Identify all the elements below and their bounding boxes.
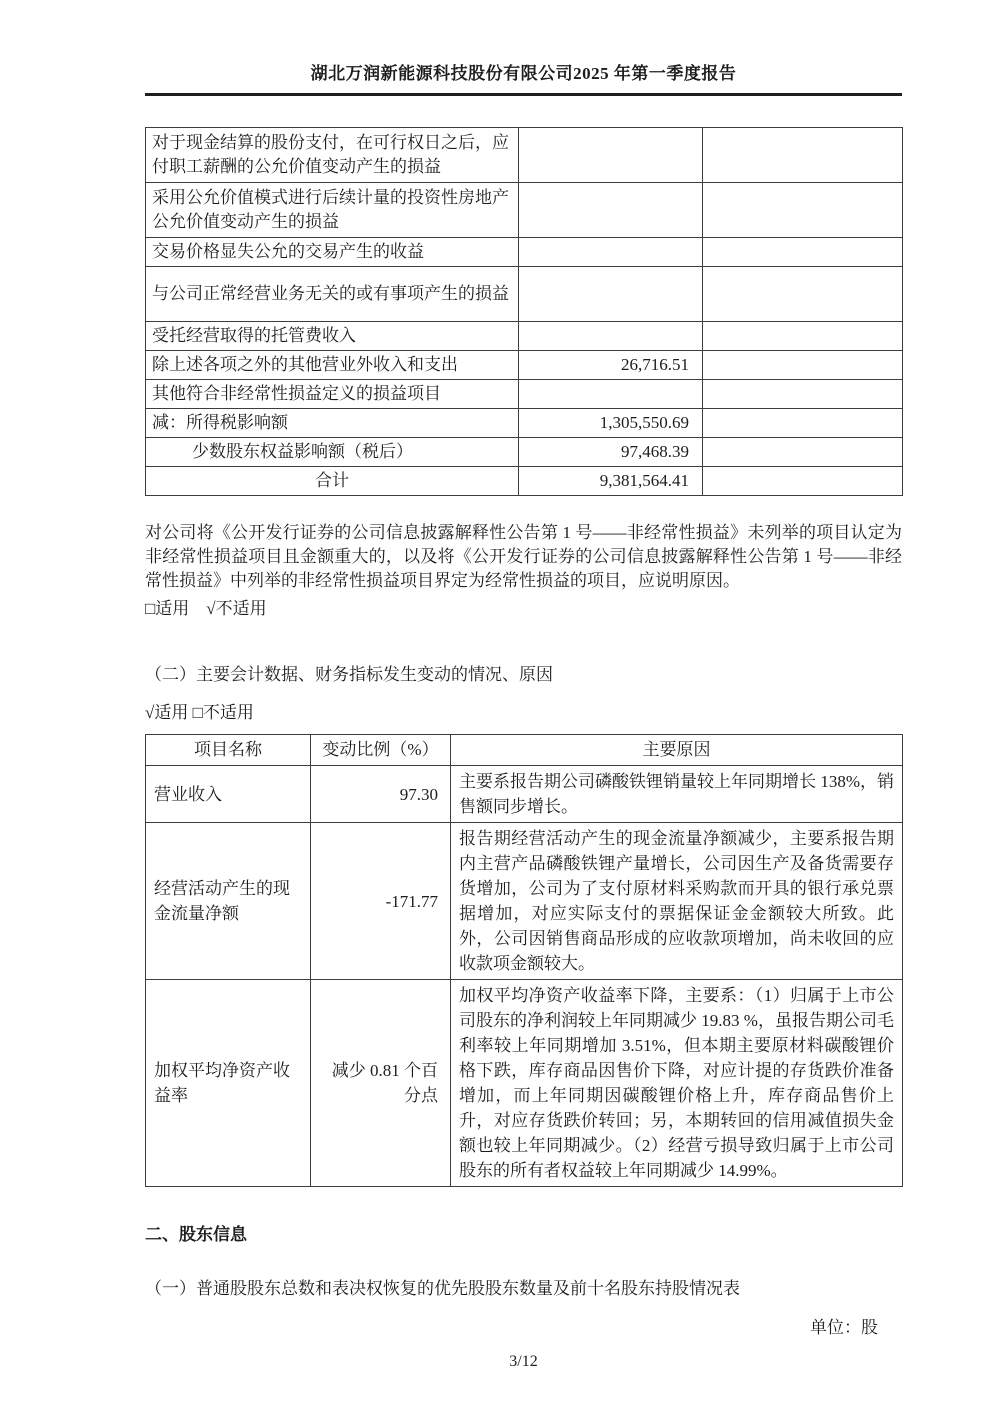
change-item: 加权平均净资产收益率 (146, 980, 311, 1187)
item-value (519, 267, 703, 322)
item-value (519, 128, 703, 183)
item-value (519, 322, 703, 351)
item-note (703, 351, 903, 380)
change-reason: 报告期经营活动产生的现金流量净额减少，主要系报告期内主营产品磷酸铁锂产量增长，公… (451, 823, 903, 980)
item-note (703, 322, 903, 351)
table-row: 经营活动产生的现金流量净额 -171.77 报告期经营活动产生的现金流量净额减少… (146, 823, 903, 980)
item-label: 与公司正常经营业务无关的或有事项产生的损益 (146, 267, 519, 322)
total-value: 9,381,564.41 (519, 467, 703, 496)
item-label: 受托经营取得的托管费收入 (146, 322, 519, 351)
applicability-line-2: √适用 □不适用 (145, 700, 902, 726)
column-header-change: 变动比例（%） (311, 735, 451, 766)
change-percent: 减少 0.81 个百分点 (311, 980, 451, 1187)
item-note (703, 267, 903, 322)
item-value: 97,468.39 (519, 438, 703, 467)
item-value (519, 380, 703, 409)
table-row: 营业收入 97.30 主要系报告期公司磷酸铁锂销量较上年同期增长 138%，销售… (146, 766, 903, 823)
item-label: 对于现金结算的股份支付，在可行权日之后，应付职工薪酬的公允价值变动产生的损益 (146, 128, 519, 183)
item-value: 1,305,550.69 (519, 409, 703, 438)
item-label: 交易价格显失公允的交易产生的收益 (146, 238, 519, 267)
item-note (703, 438, 903, 467)
column-header-reason: 主要原因 (451, 735, 903, 766)
table-row: 其他符合非经常性损益定义的损益项目 (146, 380, 903, 409)
change-reason: 加权平均净资产收益率下降，主要系：（1）归属于上市公司股东的净利润较上年同期减少… (451, 980, 903, 1187)
total-label: 合计 (146, 467, 519, 496)
item-label: 少数股东权益影响额（税后） (146, 438, 519, 467)
changes-table: 项目名称 变动比例（%） 主要原因 营业收入 97.30 主要系报告期公司磷酸铁… (145, 734, 903, 1187)
non-recurring-explanation-paragraph: 对公司将《公开发行证券的公司信息披露解释性公告第 1 号——非经常性损益》未列举… (145, 521, 902, 593)
non-recurring-items-table: 对于现金结算的股份支付，在可行权日之后，应付职工薪酬的公允价值变动产生的损益 采… (145, 127, 903, 496)
shareholders-section-heading: 二、股东信息 (145, 1223, 902, 1247)
change-reason: 主要系报告期公司磷酸铁锂销量较上年同期增长 138%，销售额同步增长。 (451, 766, 903, 823)
item-note (703, 238, 903, 267)
applicability-line-1: □适用 √不适用 (145, 596, 902, 622)
table-row: 除上述各项之外的其他营业外收入和支出 26,716.51 (146, 351, 903, 380)
table-row: 加权平均净资产收益率 减少 0.81 个百分点 加权平均净资产收益率下降，主要系… (146, 980, 903, 1187)
item-label: 除上述各项之外的其他营业外收入和支出 (146, 351, 519, 380)
change-item: 营业收入 (146, 766, 311, 823)
item-label: 采用公允价值模式进行后续计量的投资性房地产公允价值变动产生的损益 (146, 183, 519, 238)
table-row: 交易价格显失公允的交易产生的收益 (146, 238, 903, 267)
item-label: 其他符合非经常性损益定义的损益项目 (146, 380, 519, 409)
table-row: 采用公允价值模式进行后续计量的投资性房地产公允价值变动产生的损益 (146, 183, 903, 238)
page-header-title: 湖北万润新能源科技股份有限公司2025 年第一季度报告 (145, 0, 902, 86)
column-header-item: 项目名称 (146, 735, 311, 766)
item-note (703, 380, 903, 409)
item-note (703, 128, 903, 183)
section-heading-changes: （二）主要会计数据、财务指标发生变动的情况、原因 (145, 663, 902, 687)
total-note (703, 467, 903, 496)
unit-label: 单位：股 (145, 1317, 902, 1339)
change-item: 经营活动产生的现金流量净额 (146, 823, 311, 980)
page-number: 3/12 (145, 1352, 902, 1372)
item-note (703, 409, 903, 438)
item-value (519, 183, 703, 238)
table-row: 与公司正常经营业务无关的或有事项产生的损益 (146, 267, 903, 322)
table-row: 受托经营取得的托管费收入 (146, 322, 903, 351)
change-percent: -171.77 (311, 823, 451, 980)
change-percent: 97.30 (311, 766, 451, 823)
item-value: 26,716.51 (519, 351, 703, 380)
item-value (519, 238, 703, 267)
changes-table-header-row: 项目名称 变动比例（%） 主要原因 (146, 735, 903, 766)
table-row: 少数股东权益影响额（税后） 97,468.39 (146, 438, 903, 467)
item-note (703, 183, 903, 238)
item-label: 减：所得税影响额 (146, 409, 519, 438)
shareholders-subheading: （一）普通股股东总数和表决权恢复的优先股股东数量及前十名股东持股情况表 (145, 1277, 902, 1301)
table-row: 对于现金结算的股份支付，在可行权日之后，应付职工薪酬的公允价值变动产生的损益 (146, 128, 903, 183)
header-rule (145, 93, 902, 96)
table-row: 减：所得税影响额 1,305,550.69 (146, 409, 903, 438)
table-row-total: 合计 9,381,564.41 (146, 467, 903, 496)
report-page-content: 湖北万润新能源科技股份有限公司2025 年第一季度报告 对于现金结算的股份支付，… (145, 0, 902, 1372)
